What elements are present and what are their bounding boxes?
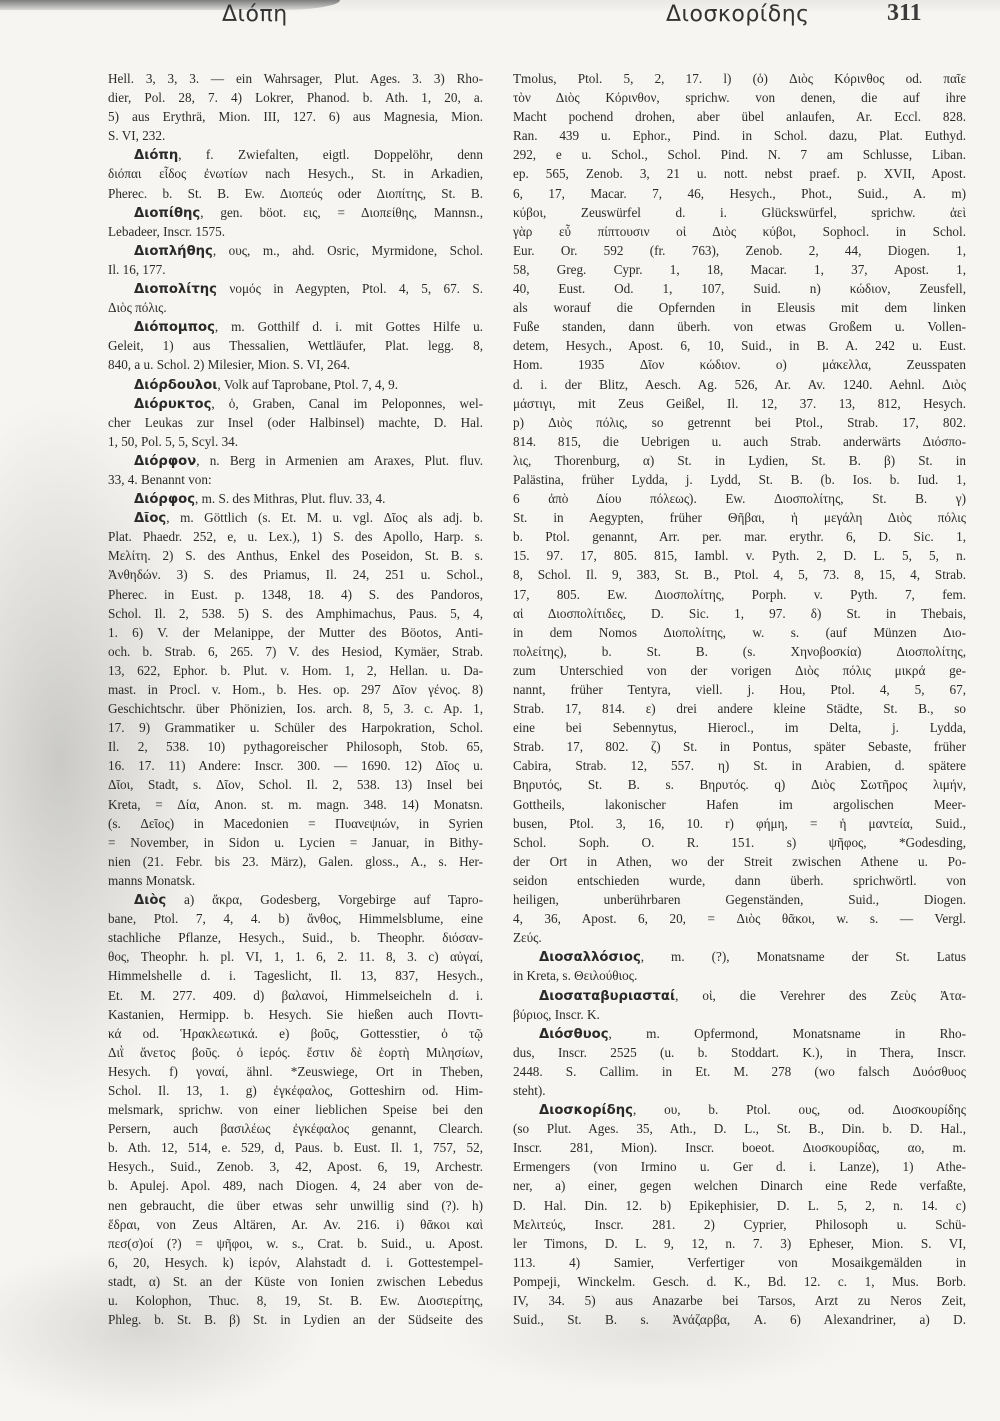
entry-text-line: Ζεύς.	[513, 928, 966, 947]
entry-text-line: heiligen, unberührbaren Gegenständen, Su…	[513, 890, 966, 909]
entry-text-line: manns Monatsk.	[108, 871, 483, 890]
entry-headword-line: Διοσκορίδης, ου, b. Ptol. ους, od. Διοσκ…	[513, 1100, 966, 1119]
entry-text-line: Geschichtschr. über Phönizien, Ios. arch…	[108, 699, 483, 718]
entry-headword-line: Διοπλήθης, ους, m., ahd. Osric, Myrmidon…	[108, 241, 483, 260]
entry-text-line: 17, 805. Ew. Διοσπολίτης, Porph. v. Pyth…	[513, 585, 966, 604]
entry-definition: , m. Opfermond, Monatsname in Rho-	[609, 1026, 966, 1041]
entry-headword-line: Διοπίθης, gen. böot. εις, = Διοπείθης, M…	[108, 203, 483, 222]
entry-text-line: in dem Nomos Διοπολίτης, w. s. (auf Münz…	[513, 623, 966, 642]
entry-text-line: αἱ Διοσπολίτιδες, D. Sic. 1, 97. δ) St. …	[513, 604, 966, 623]
entry-definition: , gen. böot. εις, = Διοπείθης, Mannsn.,	[200, 205, 483, 220]
entry-text-line: 58, Greg. Cypr. 1, 18, Macar. 1, 37, Apo…	[513, 260, 966, 279]
entry-text-line: Il. 2, 538. 10) pythagoreischer Philosop…	[108, 737, 483, 756]
entry-text-line: Pherec. in Eust. p. 1348, 18. 4) S. des …	[108, 585, 483, 604]
headword: Διόπομπος	[134, 320, 215, 335]
entry-text-line: Inscr. 281, Mion). Inscr. boeot. Διοσκου…	[513, 1138, 966, 1157]
headword: Διοπλήθης	[134, 244, 213, 259]
entry-text-line: Pherec. b. St. B. Ew. Διοπεύς oder Διοπί…	[108, 184, 483, 203]
entry-text-line: 4, 36, Apost. 6, 20, = Διὸς θᾶκοι, w. s.…	[513, 909, 966, 928]
entry-text-line: 16. 17. 11) Andere: Inscr. 300. — 1690. …	[108, 756, 483, 775]
entry-text-line: Eur. Or. 592 (fr. 763), Zenob. 2, 44, Di…	[513, 241, 966, 260]
headword: Διοπίθης	[134, 206, 200, 221]
entry-definition: , οἱ, die Verehrer des Ζεὺς Ἀτα-	[675, 988, 966, 1003]
entry-text-line: nien (21. Febr. bis 23. März), Galen. gl…	[108, 852, 483, 871]
entry-text-line: Fuße standen, dann überh. von etwas Groß…	[513, 317, 966, 336]
entry-text-line: Strab. 17, 802. ζ) St. in Pontus, später…	[513, 737, 966, 756]
entry-text-line: Ἀνθηδών. 3) S. des Priamus, Il. 24, 251 …	[108, 565, 483, 584]
entry-headword-line: Διὸς a) ἄκρα, Godesberg, Vorgebirge auf …	[108, 890, 483, 909]
entry-text-line: 6, 20, Hesych. k) ἱερόν, Alahstadt d. i.…	[108, 1253, 483, 1272]
entry-text-line: Διῒ ἄνετος βοῦς. ὁ ἱερός. ἔστιν δὲ ἑορτὴ…	[108, 1043, 483, 1062]
entry-definition: , m. Gotthilf d. i. mit Gottes Hilfe u.	[215, 319, 483, 334]
entry-text-line: 15. 97. 17, 805. 815, Iambl. v. Pyth. 2,…	[513, 546, 966, 565]
entry-definition: , f. Zwiefalten, eigtl. Doppelöhr, denn	[178, 147, 483, 162]
entry-headword-line: Διόρυκτος, ὁ, Graben, Canal im Peloponne…	[108, 394, 483, 413]
entry-text-line: d. i. der Blitz, Aesch. Ag. 526, Ar. Av.…	[513, 375, 966, 394]
entry-text-line: Pompeji, Winckelm. Gesch. d. K., Bd. 12.…	[513, 1272, 966, 1291]
entry-text-line: πεσ(σ)οί (?) = ψῆφοι, w. s., Crat. b. Su…	[108, 1234, 483, 1253]
entry-text-line: 5) aus Erythrä, Mion. III, 127. 6) aus M…	[108, 107, 483, 126]
entry-text-line: Gottheils, lakonischer Hafen im argolisc…	[513, 795, 966, 814]
headword: Διοσκορίδης	[539, 1103, 633, 1118]
entry-text-line: Kreta, = Δία, Anon. st. m. magn. 348. 14…	[108, 795, 483, 814]
entry-text-line: 840, a u. Schol. 2) Milesier, Mion. S. V…	[108, 355, 483, 374]
entry-definition: , m. (?), Monatsname der St. Latus	[641, 949, 966, 964]
entry-text-line: Il. 16, 177.	[108, 260, 483, 279]
entry-text-line: ner, a) einer, gegen welchen Dinarch ein…	[513, 1176, 966, 1195]
entry-text-line: Lebadeer, Inscr. 1575.	[108, 222, 483, 241]
entry-text-line: 33, 4. Benannt von:	[108, 470, 483, 489]
headword: Διόρφον	[134, 454, 196, 469]
entry-text-line: Palästina, früher Lydda, j. Lydd, St. B.…	[513, 470, 966, 489]
entry-text-line: 8, Schol. Il. 9, 383, St. B., Ptol. 4, 5…	[513, 565, 966, 584]
entry-headword-line: Διόπη, f. Zwiefalten, eigtl. Doppelöhr, …	[108, 145, 483, 164]
entry-text-line: Himmelshelle d. i. Tageslicht, Il. 13, 8…	[108, 966, 483, 985]
entry-text-line: der Ort in Athen, wo der Streit zwischen…	[513, 852, 966, 871]
entry-text-line: Cabira, Strab. 12, 557. η) St. in Arabie…	[513, 756, 966, 775]
entry-text-line: detem, Hesych., Apost. 6, 10, Suid., in …	[513, 336, 966, 355]
entry-text-line: dus, Inscr. 2525 (u. b. Stoddart. K.), i…	[513, 1043, 966, 1062]
left-column: Hell. 3, 3, 3. — ein Wahrsager, Plut. Ag…	[108, 69, 483, 1329]
entry-text-line: Plat. Phaedr. 252, e, u. Lex.), 1) S. de…	[108, 527, 483, 546]
entry-text-line: Phleg. b. St. B. β) St. in Lydien an der…	[108, 1310, 483, 1329]
entry-definition: , ου, b. Ptol. ους, od. Διοσκουρίδης	[633, 1102, 966, 1117]
page-number: 311	[887, 0, 922, 27]
entry-text-line: 13, 622, Ephor. b. Plut. v. Hom. 1, 2, H…	[108, 661, 483, 680]
entry-definition: νομός in Aegypten, Ptol. 4, 5, 67. S.	[217, 281, 483, 296]
entry-text-line: θος, Theophr. h. pl. VI, 1, 1. 6, 2. 11.…	[108, 947, 483, 966]
entry-definition: , m. Göttlich (s. Et. M. u. vgl. Δῖος al…	[166, 510, 483, 525]
entry-text-line: Διὸς πόλις.	[108, 298, 483, 317]
entry-text-line: St. in Aegypten, früher Θῆβαι, ἡ μεγάλη …	[513, 508, 966, 527]
entry-text-line: 1, 50, Pol. 5, 5, Scyl. 34.	[108, 432, 483, 451]
scan-edge-shadow	[0, 0, 340, 10]
entry-text-line: τὸν Διὸς Κόρινθον, sprichw. von denen, d…	[513, 88, 966, 107]
entry-text-line: nen gebraucht, die über etwas sehr unwil…	[108, 1196, 483, 1215]
headword: Διοσαταβυριασταί	[539, 989, 675, 1004]
entry-text-line: Δῖοι, Stadt, s. Δῖον, Schol. Il. 2, 538.…	[108, 775, 483, 794]
dictionary-page: Διόπη Διοσκορίδης 311 Hell. 3, 3, 3. — e…	[0, 0, 1000, 1421]
entry-text-line: Μελιτεύς, Inscr. 281. 2) Cyprier, Philos…	[513, 1215, 966, 1234]
entry-text-line: Μελίτη. 2) S. des Anthus, Enkel des Pose…	[108, 546, 483, 565]
entry-text-line: b. Apulej. Apol. 489, nach Diogen. 4, 24…	[108, 1176, 483, 1195]
entry-text-line: Schol. Il. 2, 538. 5) S. des Amphimachus…	[108, 604, 483, 623]
entry-headword-line: Διοσαταβυριασταί, οἱ, die Verehrer des Ζ…	[513, 986, 966, 1005]
headword: Διόπη	[134, 148, 178, 163]
entry-text-line: b. Ptol. genannt, Arr. per. mar. erythr.…	[513, 527, 966, 546]
entry-definition: a) ἄκρα, Godesberg, Vorgebirge auf Tapro…	[166, 892, 483, 907]
entry-definition: , m. S. des Mithras, Plut. fluv. 33, 4.	[195, 491, 385, 506]
entry-headword-line: Διόσθυος, m. Opfermond, Monatsname in Rh…	[513, 1024, 966, 1043]
headword: Διόρφος	[134, 492, 195, 507]
entry-definition: , ὁ, Graben, Canal im Peloponnes, wel-	[211, 396, 483, 411]
entry-text-line: 1. 6) V. der Melanippe, der Mutter des B…	[108, 623, 483, 642]
entry-headword-line: Διοπολίτης νομός in Aegypten, Ptol. 4, 5…	[108, 279, 483, 298]
entry-text-line: cher Leukas zur Insel (oder Halbinsel) m…	[108, 413, 483, 432]
entry-text-line: mast. in Procl. v. Hom., b. Hes. op. 297…	[108, 680, 483, 699]
entry-text-line: 6, 17, Macar. 7, 46, Hesych., Phot., Sui…	[513, 184, 966, 203]
entry-text-line: βύριος, Inscr. K.	[513, 1005, 966, 1024]
entry-text-line: Βηρυτός, St. B. s. Βηρυτός. q) Διὸς Σωτῆ…	[513, 775, 966, 794]
entry-text-line: bane, Ptol. 7, 4, 4. b) ἄνθος, Himmelsbl…	[108, 909, 483, 928]
entry-text-line: 40, Eust. Od. 1, 107, Suid. n) κώδιον, Z…	[513, 279, 966, 298]
entry-text-line: Hell. 3, 3, 3. — ein Wahrsager, Plut. Ag…	[108, 69, 483, 88]
entry-text-line: Tmolus, Ptol. 5, 2, 17. l) (ὁ) Διὸς Κόρι…	[513, 69, 966, 88]
entry-text-line: eine bei Sebennytus, Hierocl., im Delta,…	[513, 718, 966, 737]
entry-text-line: S. VI, 232.	[108, 126, 483, 145]
entry-text-line: zum Unterschied von der vorigen Διὸς πόλ…	[513, 661, 966, 680]
entry-headword-line: Δῖος, m. Göttlich (s. Et. M. u. vgl. Δῖο…	[108, 508, 483, 527]
entry-text-line: Hesych., Suid., Zenob. 3, 42, Apost. 6, …	[108, 1157, 483, 1176]
entry-text-line: stadt, α) St. an der Küste von Ionien zw…	[108, 1272, 483, 1291]
entry-text-line: b. Ath. 12, 514, e. 529, d, Paus. b. Eus…	[108, 1138, 483, 1157]
entry-text-line: 17. 9) Grammatiker u. Schüler des Harpok…	[108, 718, 483, 737]
entry-text-line: 814. 815, die Uebrigen u. auch Strab. an…	[513, 432, 966, 451]
headword: Διοπολίτης	[134, 282, 217, 297]
entry-headword-line: Διόπομπος, m. Gotthilf d. i. mit Gottes …	[108, 317, 483, 336]
entry-headword-line: Διόρφος, m. S. des Mithras, Plut. fluv. …	[108, 489, 483, 508]
entry-text-line: (s. Δεῖος) in Macedonien = Πυανεψιών, in…	[108, 814, 483, 833]
entry-text-line: IV, 34. 5) aus Anazarbe bei Tarsos, Arzt…	[513, 1291, 966, 1310]
headword: Διὸς	[134, 893, 166, 908]
entry-text-line: als worauf die Opfernden in Eleusis mit …	[513, 298, 966, 317]
entry-text-line: πολείτης), b. St. B. (s. Χηνοβοσκία) Διο…	[513, 642, 966, 661]
entry-text-line: stachliche Pflanze, Hesych., Suid., b. T…	[108, 928, 483, 947]
entry-definition: , Volk auf Taprobane, Ptol. 7, 4, 9.	[217, 377, 398, 392]
entry-definition: , n. Berg in Armenien am Araxes, Plut. f…	[196, 453, 483, 468]
entry-text-line: 292, e u. Schol., Schol. Pind. N. 7 am S…	[513, 145, 966, 164]
entry-headword-line: Διόρδουλοι, Volk auf Taprobane, Ptol. 7,…	[108, 375, 483, 394]
right-column: Tmolus, Ptol. 5, 2, 17. l) (ὁ) Διὸς Κόρι…	[513, 69, 966, 1329]
headword: Διόρυκτος	[134, 397, 211, 412]
entry-text-line: Schol. Il. 13, 1. g) ἐγκέφαλος, Gotteshi…	[108, 1081, 483, 1100]
entry-text-line: Hesych. f) γοναί, ähnl. *Zeuswiege, Ort …	[108, 1062, 483, 1081]
entry-text-line: Persern, auch βασιλέως ἐγκέφαλος genannt…	[108, 1119, 483, 1138]
entry-text-line: Et. M. 277. 409. d) βαλανοί, Himmelseich…	[108, 986, 483, 1005]
entry-text-line: 113. 4) Samier, Verfertiger von Mosaikge…	[513, 1253, 966, 1272]
entry-text-line: = November, in Sidon u. Lycien = Januar,…	[108, 833, 483, 852]
headword: Διοσαλλόσιος	[539, 950, 641, 965]
entry-text-line: Kastanien, Hermipp. b. Hesych. Sie hieße…	[108, 1005, 483, 1024]
entry-text-line: 6 ἀπὸ Δίου πόλεως). Ew. Διοσπολίτης, St.…	[513, 489, 966, 508]
entry-text-line: (so Plut. Ages. 35, Ath., D. L., St. B.,…	[513, 1119, 966, 1138]
running-head-right: Διοσκορίδης	[666, 2, 810, 27]
running-head-left: Διόπη	[222, 2, 288, 27]
entry-text-line: ἕδραι, von Zeus Altären, Ar. Av. 216. i)…	[108, 1215, 483, 1234]
entry-headword-line: Διοσαλλόσιος, m. (?), Monatsname der St.…	[513, 947, 966, 966]
entry-text-line: Suid., St. B. s. Ἀνάζαρβα, A. 6) Alexand…	[513, 1310, 966, 1329]
entry-text-line: steht).	[513, 1081, 966, 1100]
entry-text-line: διόπαι εἶδος ἐνωτίων nach Hesych., St. i…	[108, 164, 483, 183]
entry-text-line: λις, Thorenburg, α) St. in Lydien, St. B…	[513, 451, 966, 470]
entry-text-line: Strab. 17, 814. ε) drei andere kleine St…	[513, 699, 966, 718]
entry-text-line: γὰρ εὖ πίπτουσιν οἱ Διὸς κύβοι, Sophocl.…	[513, 222, 966, 241]
entry-text-line: u. Kolophon, Thuc. 8, 19, St. B. Ew. Διο…	[108, 1291, 483, 1310]
entry-text-line: κύβοι, Zeuswürfel d. i. Glückswürfel, sp…	[513, 203, 966, 222]
entry-text-line: Ermengers (von Irmino u. Ger d. i. Lanze…	[513, 1157, 966, 1176]
entry-text-line: in Kreta, s. Θειλούθιος.	[513, 966, 966, 985]
entry-text-line: Geleit, 1) aus Thessalien, Wettläufer, P…	[108, 336, 483, 355]
entry-text-line: κά od. Ἡρακλεωτικά. e) βοῦς, Gottesstier…	[108, 1024, 483, 1043]
entry-text-line: Schol. Soph. O. R. 151. s) ψῆφος, *Godes…	[513, 833, 966, 852]
entry-headword-line: Διόρφον, n. Berg in Armenien am Araxes, …	[108, 451, 483, 470]
entry-text-line: ep. 565, Zenob. 3, 21 u. nott. nebst pra…	[513, 164, 966, 183]
entry-text-line: seidon entschieden wurde, dann überh. sp…	[513, 871, 966, 890]
headword: Διόρδουλοι	[134, 378, 217, 393]
entry-text-line: melsmark, sprichw. von einer lieblichen …	[108, 1100, 483, 1119]
entry-text-line: och. b. Strab. 6, 265. 7) V. des Hesiod,…	[108, 642, 483, 661]
entry-text-line: ler Timons, D. L. 9, 12, n. 7. 3) Ephese…	[513, 1234, 966, 1253]
entry-text-line: p) Διὸς πόλις, so getrennt bei Ptol., St…	[513, 413, 966, 432]
entry-text-line: Ran. 439 u. Ephor., Pind. in Schol. dazu…	[513, 126, 966, 145]
entry-text-line: 2448. S. Callim. in Et. M. 278 (wo falsc…	[513, 1062, 966, 1081]
entry-text-line: Hom. 1935 Δῖον κώδιον. o) μάκελλα, Zeuss…	[513, 355, 966, 374]
headword: Δῖος	[134, 511, 166, 526]
entry-text-line: dier, Pol. 28, 7. 4) Lokrer, Phanod. b. …	[108, 88, 483, 107]
headword: Διόσθυος	[539, 1027, 609, 1042]
entry-text-line: nannt, früher Tentyra, viell. j. Hou, Pt…	[513, 680, 966, 699]
entry-text-line: μάστιγι, mit Zeus Geißel, Il. 12, 37. 13…	[513, 394, 966, 413]
entry-text-line: D. Hal. Din. 12. b) Epikephisier, D. L. …	[513, 1196, 966, 1215]
entry-text-line: Macht pochend drohen, aber übel anlaufen…	[513, 107, 966, 126]
entry-text-line: busen, Ptol. 3, 16, 10. r) φήμη, = ἡ μαν…	[513, 814, 966, 833]
entry-definition: , ους, m., ahd. Osric, Myrmidone, Schol.	[213, 243, 483, 258]
